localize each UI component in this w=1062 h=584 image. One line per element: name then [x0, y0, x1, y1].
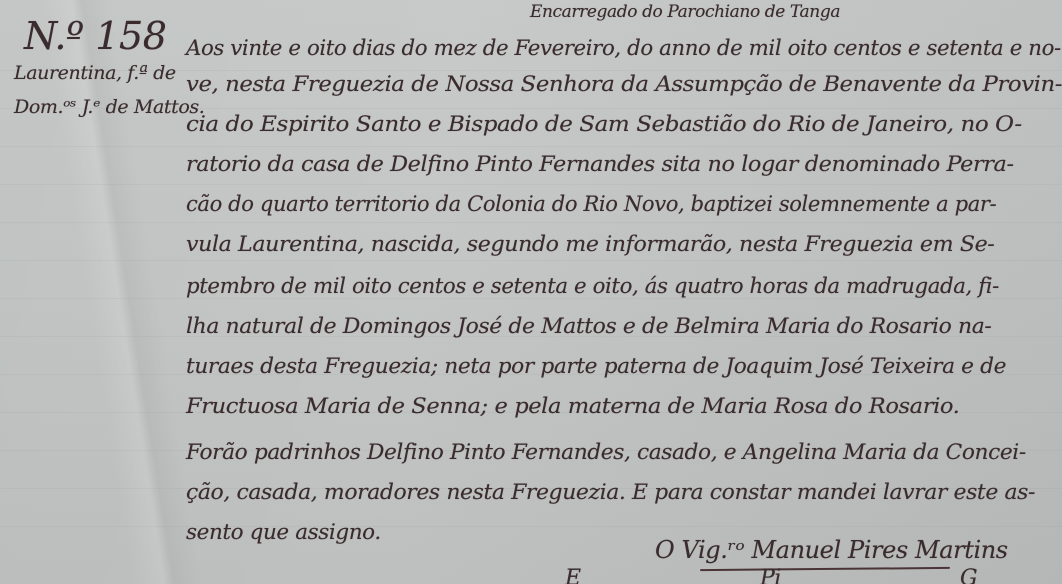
- ruled-line: [0, 222, 1062, 223]
- ruled-line: [0, 146, 1062, 147]
- body-line-4: ratorio da casa de Delfino Pinto Fernand…: [186, 152, 1014, 177]
- ruled-line: [0, 184, 1062, 185]
- priest-signature: O Vig.ʳᵒ Manuel Pires Martins: [655, 536, 1008, 564]
- body-line-13: sento que assigno.: [186, 520, 381, 545]
- body-line-9: turaes desta Freguezia; neta por parte p…: [186, 354, 1006, 379]
- margin-name-line-1: Laurentina, f.ª de: [14, 62, 176, 84]
- body-line-11: Forão padrinhos Delfino Pinto Fernandes,…: [186, 440, 1026, 465]
- margin-name-line-2: Dom.ᵒˢ J.ᵉ de Mattos.: [14, 96, 204, 118]
- body-line-2: ve, nesta Freguezia de Nossa Senhora da …: [186, 72, 1062, 97]
- ruled-line: [0, 526, 1062, 527]
- signature-flourish: [700, 567, 950, 571]
- body-line-7: ptembro de mil oito centos e setenta e o…: [186, 274, 999, 299]
- body-line-6: vula Laurentina, nascida, segundo me inf…: [186, 232, 994, 257]
- body-line-10: Fructuosa Maria de Senna; e pela materna…: [186, 394, 959, 419]
- bottom-fragment-1: E: [565, 566, 581, 584]
- document-page: Encarregado do Parochiano de Tanga N.º 1…: [0, 0, 1062, 584]
- bottom-fragment-3: G: [960, 566, 977, 584]
- body-line-5: cão do quarto territorio da Colonia do R…: [186, 192, 996, 217]
- body-line-12: ção, casada, moradores nesta Freguezia. …: [186, 480, 1035, 505]
- record-number: N.º 158: [24, 14, 167, 58]
- document-header: Encarregado do Parochiano de Tanga: [530, 2, 840, 22]
- body-line-8: lha natural de Domingos José de Mattos e…: [186, 314, 991, 339]
- body-line-1: Aos vinte e oito dias do mez de Fevereir…: [186, 36, 1061, 61]
- paper-fold-crease: [40, 0, 202, 584]
- body-line-3: cia do Espirito Santo e Bispado de Sam S…: [186, 112, 1022, 137]
- ruled-line: [0, 260, 1062, 261]
- bottom-fragment-2: Pi: [760, 566, 781, 584]
